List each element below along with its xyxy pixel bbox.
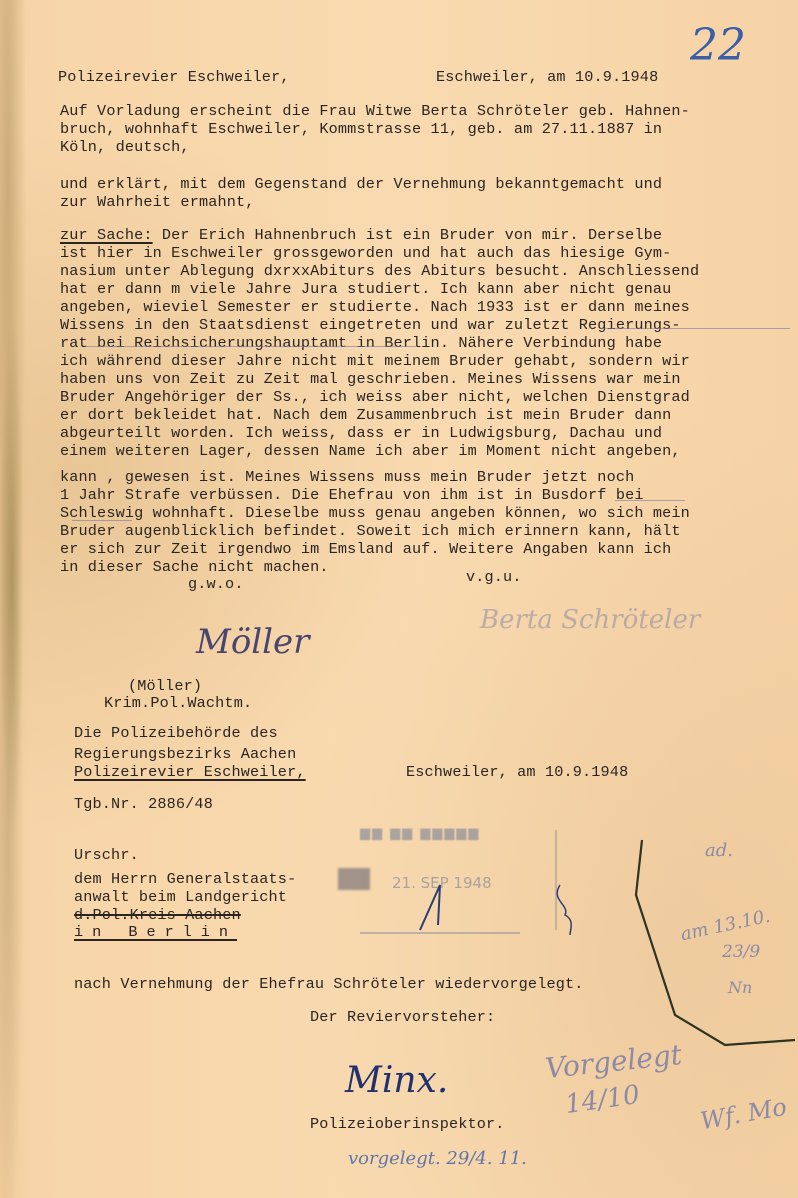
statement-first-line: zur Sache: Der Erich Hahnenbruch ist ein… <box>60 226 662 244</box>
chief-title: Der Reviervorsteher: <box>310 1008 495 1026</box>
pencil-underline <box>72 520 132 521</box>
margin-note-initials: Nn <box>728 978 752 997</box>
authority-line: Regierungsbezirks Aachen <box>74 745 296 763</box>
statement-line: ich während dieser Jahre nicht mit meine… <box>60 352 690 370</box>
stamp-smudge <box>338 868 370 890</box>
intro-line: bruch, wohnhaft Eschweiler, Kommstrasse … <box>60 120 662 138</box>
struck-recipient-line: d.Pol.Kreis Aachen <box>74 906 241 924</box>
margin-note-signature: Wf. Mo <box>698 1093 789 1136</box>
margin-bracket-icon <box>630 835 798 1055</box>
statement-line: hat er dann m viele Jahre Jura studiert.… <box>60 280 671 298</box>
statement-line: 1 Jahr Strafe verbüssen. Die Ehefrau von… <box>60 486 644 504</box>
officer-rank: Krim.Pol.Wachtm. <box>104 694 252 712</box>
reference-number: Tgb.Nr. 2886/48 <box>74 795 213 813</box>
statement-line: er sich zur Zeit irgendwo im Emsland auf… <box>60 540 671 558</box>
pencil-underline <box>86 346 416 347</box>
received-stamp-header: ▆▆ ▆▆ ▆▆▆▆▆ <box>360 826 480 841</box>
statement-line: Wissens in den Staatsdienst eingetreten … <box>60 316 681 334</box>
statement-line: abgeurteilt worden. Ich weiss, dass er i… <box>60 424 662 442</box>
recipient-city: in Berlin <box>74 923 237 941</box>
recipient-line: dem Herrn Generalstaats- <box>74 870 296 888</box>
authority-line: Die Polizeibehörde des <box>74 724 278 742</box>
header-office: Polizeirevier Eschweiler, <box>58 68 290 86</box>
intro-line: Auf Vorladung erscheint die Frau Witwe B… <box>60 102 690 120</box>
statement-line: haben uns von Zeit zu Zeit mal geschrieb… <box>60 370 681 388</box>
statement-line: ist hier in Eschweiler grossgeworden und… <box>60 244 671 262</box>
statement-line: er dort bekleidet hat. Nach dem Zusammen… <box>60 406 671 424</box>
statement-line: Bruder Angehöriger der Ss., ich weiss ab… <box>60 388 690 406</box>
transmittal-note: nach Vernehmung der Ehefrau Schröteler w… <box>74 975 584 993</box>
gwo-mark: g.w.o. <box>188 575 244 593</box>
authority-date: Eschweiler, am 10.9.1948 <box>406 763 628 781</box>
statement-text: Der Erich Hahnenbruch ist ein Bruder von… <box>153 226 663 244</box>
footer-note: vorgelegt. 29/4. 11. <box>348 1148 527 1169</box>
statement-line: nasium unter Ablegung dxrxxAbiturs des A… <box>60 262 699 280</box>
original-label: Urschr. <box>74 846 139 864</box>
officer-name: (Möller) <box>128 677 202 695</box>
officer-signature: Möller <box>196 622 309 662</box>
paper-stain <box>0 0 40 1198</box>
statement-line: kann , gewesen ist. Meines Wissens muss … <box>60 468 634 486</box>
margin-note-vorgelegt: Vorgelegt <box>544 1038 684 1085</box>
declaration-line: zur Wahrheit ermahnt, <box>60 193 255 211</box>
statement-line: Schleswig wohnhaft. Dieselbe muss genau … <box>60 504 690 522</box>
statement-line: angeben, wieviel Semester er studierte. … <box>60 298 690 316</box>
stamp-initials-icon <box>400 880 600 940</box>
statement-label: zur Sache: <box>60 226 153 244</box>
declaration-line: und erklärt, mit dem Gegenstand der Vern… <box>60 175 662 193</box>
witness-signature: Berta Schröteler <box>480 605 700 635</box>
pencil-underline <box>615 500 685 501</box>
page-number: 22 <box>690 20 746 71</box>
header-date: Eschweiler, am 10.9.1948 <box>436 68 658 86</box>
pencil-underline <box>600 328 790 329</box>
recipient-line: anwalt beim Landgericht <box>74 888 287 906</box>
vgu-mark: v.g.u. <box>466 568 522 586</box>
margin-note-ad: ad. <box>705 840 733 861</box>
statement-line: Bruder augenblicklich befindet. Soweit i… <box>60 522 681 540</box>
statement-line: einem weiteren Lager, dessen Name ich ab… <box>60 442 681 460</box>
intro-line: Köln, deutsch, <box>60 138 190 156</box>
authority-office: Polizeirevier Eschweiler, <box>74 763 306 781</box>
margin-note-date2: 23/9 <box>722 942 760 962</box>
statement-line: rat bei Reichsicherungshauptamt in Berli… <box>60 334 662 352</box>
statement-line: in dieser Sache nicht machen. <box>60 558 329 576</box>
chief-rank: Polizeioberinspektor. <box>310 1115 505 1133</box>
margin-note-vorgelegt-date: 14/10 <box>563 1080 641 1120</box>
chief-signature: Minx. <box>345 1060 448 1101</box>
